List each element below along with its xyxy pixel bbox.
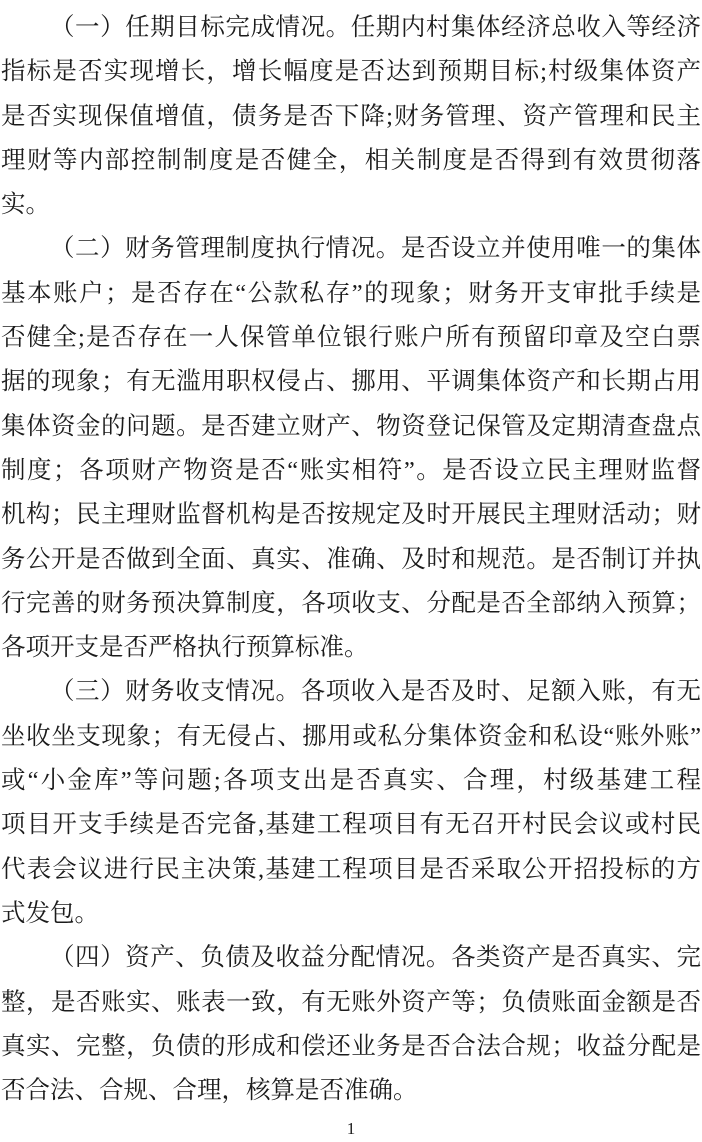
text-line: 是否实现保值增值，债务是否下降;财务管理、资产管理和民主 — [1, 95, 701, 139]
paragraph-assets-liabilities: （四）资产、负债及收益分配情况。各类资产是否真实、完 整，是否账实、账表一致，有… — [1, 936, 701, 1113]
text-line: （一）任期目标完成情况。任期内村集体经济总收入等经济 — [1, 6, 701, 50]
text-line: 务公开是否做到全面、真实、准确、及时和规范。是否制订并执 — [1, 538, 701, 582]
text-line: 实。 — [1, 183, 701, 227]
document-page: （一）任期目标完成情况。任期内村集体经济总收入等经济 指标是否实现增长，增长幅度… — [0, 0, 702, 1142]
text-line: 式发包。 — [1, 892, 701, 936]
text-line: 代表会议进行民主决策,基建工程项目是否采取公开招投标的方 — [1, 848, 701, 892]
text-line: 制度；各项财产物资是否“账实相符”。是否设立民主理财监督 — [1, 449, 701, 493]
text-line: 项目开支手续是否完备,基建工程项目有无召开村民会议或村民 — [1, 803, 701, 847]
paragraph-revenue-expenditure: （三）财务收支情况。各项收入是否及时、足额入账，有无 坐收坐支现象；有无侵占、挪… — [1, 670, 701, 936]
text-line: 据的现象；有无滥用职权侵占、挪用、平调集体资产和长期占用 — [1, 360, 701, 404]
text-line: 基本账户；是否存在“公款私存”的现象；财务开支审批手续是 — [1, 272, 701, 316]
text-line: （二）财务管理制度执行情况。是否设立并使用唯一的集体 — [1, 227, 701, 271]
text-line: 行完善的财务预决算制度，各项收支、分配是否全部纳入预算； — [1, 582, 701, 626]
text-line: 各项开支是否严格执行预算标准。 — [1, 626, 701, 670]
text-line: 或“小金库”等问题;各项支出是否真实、合理，村级基建工程 — [1, 759, 701, 803]
text-line: 整，是否账实、账表一致，有无账外资产等；负债账面金额是否 — [1, 981, 701, 1025]
text-line: （三）财务收支情况。各项收入是否及时、足额入账，有无 — [1, 670, 701, 714]
text-line: （四）资产、负债及收益分配情况。各类资产是否真实、完 — [1, 936, 701, 980]
text-line: 否健全;是否存在一人保管单位银行账户所有预留印章及空白票 — [1, 316, 701, 360]
text-line: 理财等内部控制制度是否健全，相关制度是否得到有效贯彻落 — [1, 139, 701, 183]
text-line: 集体资金的问题。是否建立财产、物资登记保管及定期清查盘点 — [1, 405, 701, 449]
text-line: 真实、完整，负债的形成和偿还业务是否合法合规；收益分配是 — [1, 1025, 701, 1069]
paragraph-term-goals: （一）任期目标完成情况。任期内村集体经济总收入等经济 指标是否实现增长，增长幅度… — [1, 6, 701, 227]
text-line: 否合法、合规、合理，核算是否准确。 — [1, 1069, 701, 1113]
text-line: 机构；民主理财监督机构是否按规定及时开展民主理财活动；财 — [1, 493, 701, 537]
text-line: 坐收坐支现象；有无侵占、挪用或私分集体资金和私设“账外账” — [1, 715, 701, 759]
paragraph-financial-management: （二）财务管理制度执行情况。是否设立并使用唯一的集体 基本账户；是否存在“公款私… — [1, 227, 701, 670]
page-number: 1 — [1, 1118, 701, 1140]
text-line: 指标是否实现增长，增长幅度是否达到预期目标;村级集体资产 — [1, 50, 701, 94]
